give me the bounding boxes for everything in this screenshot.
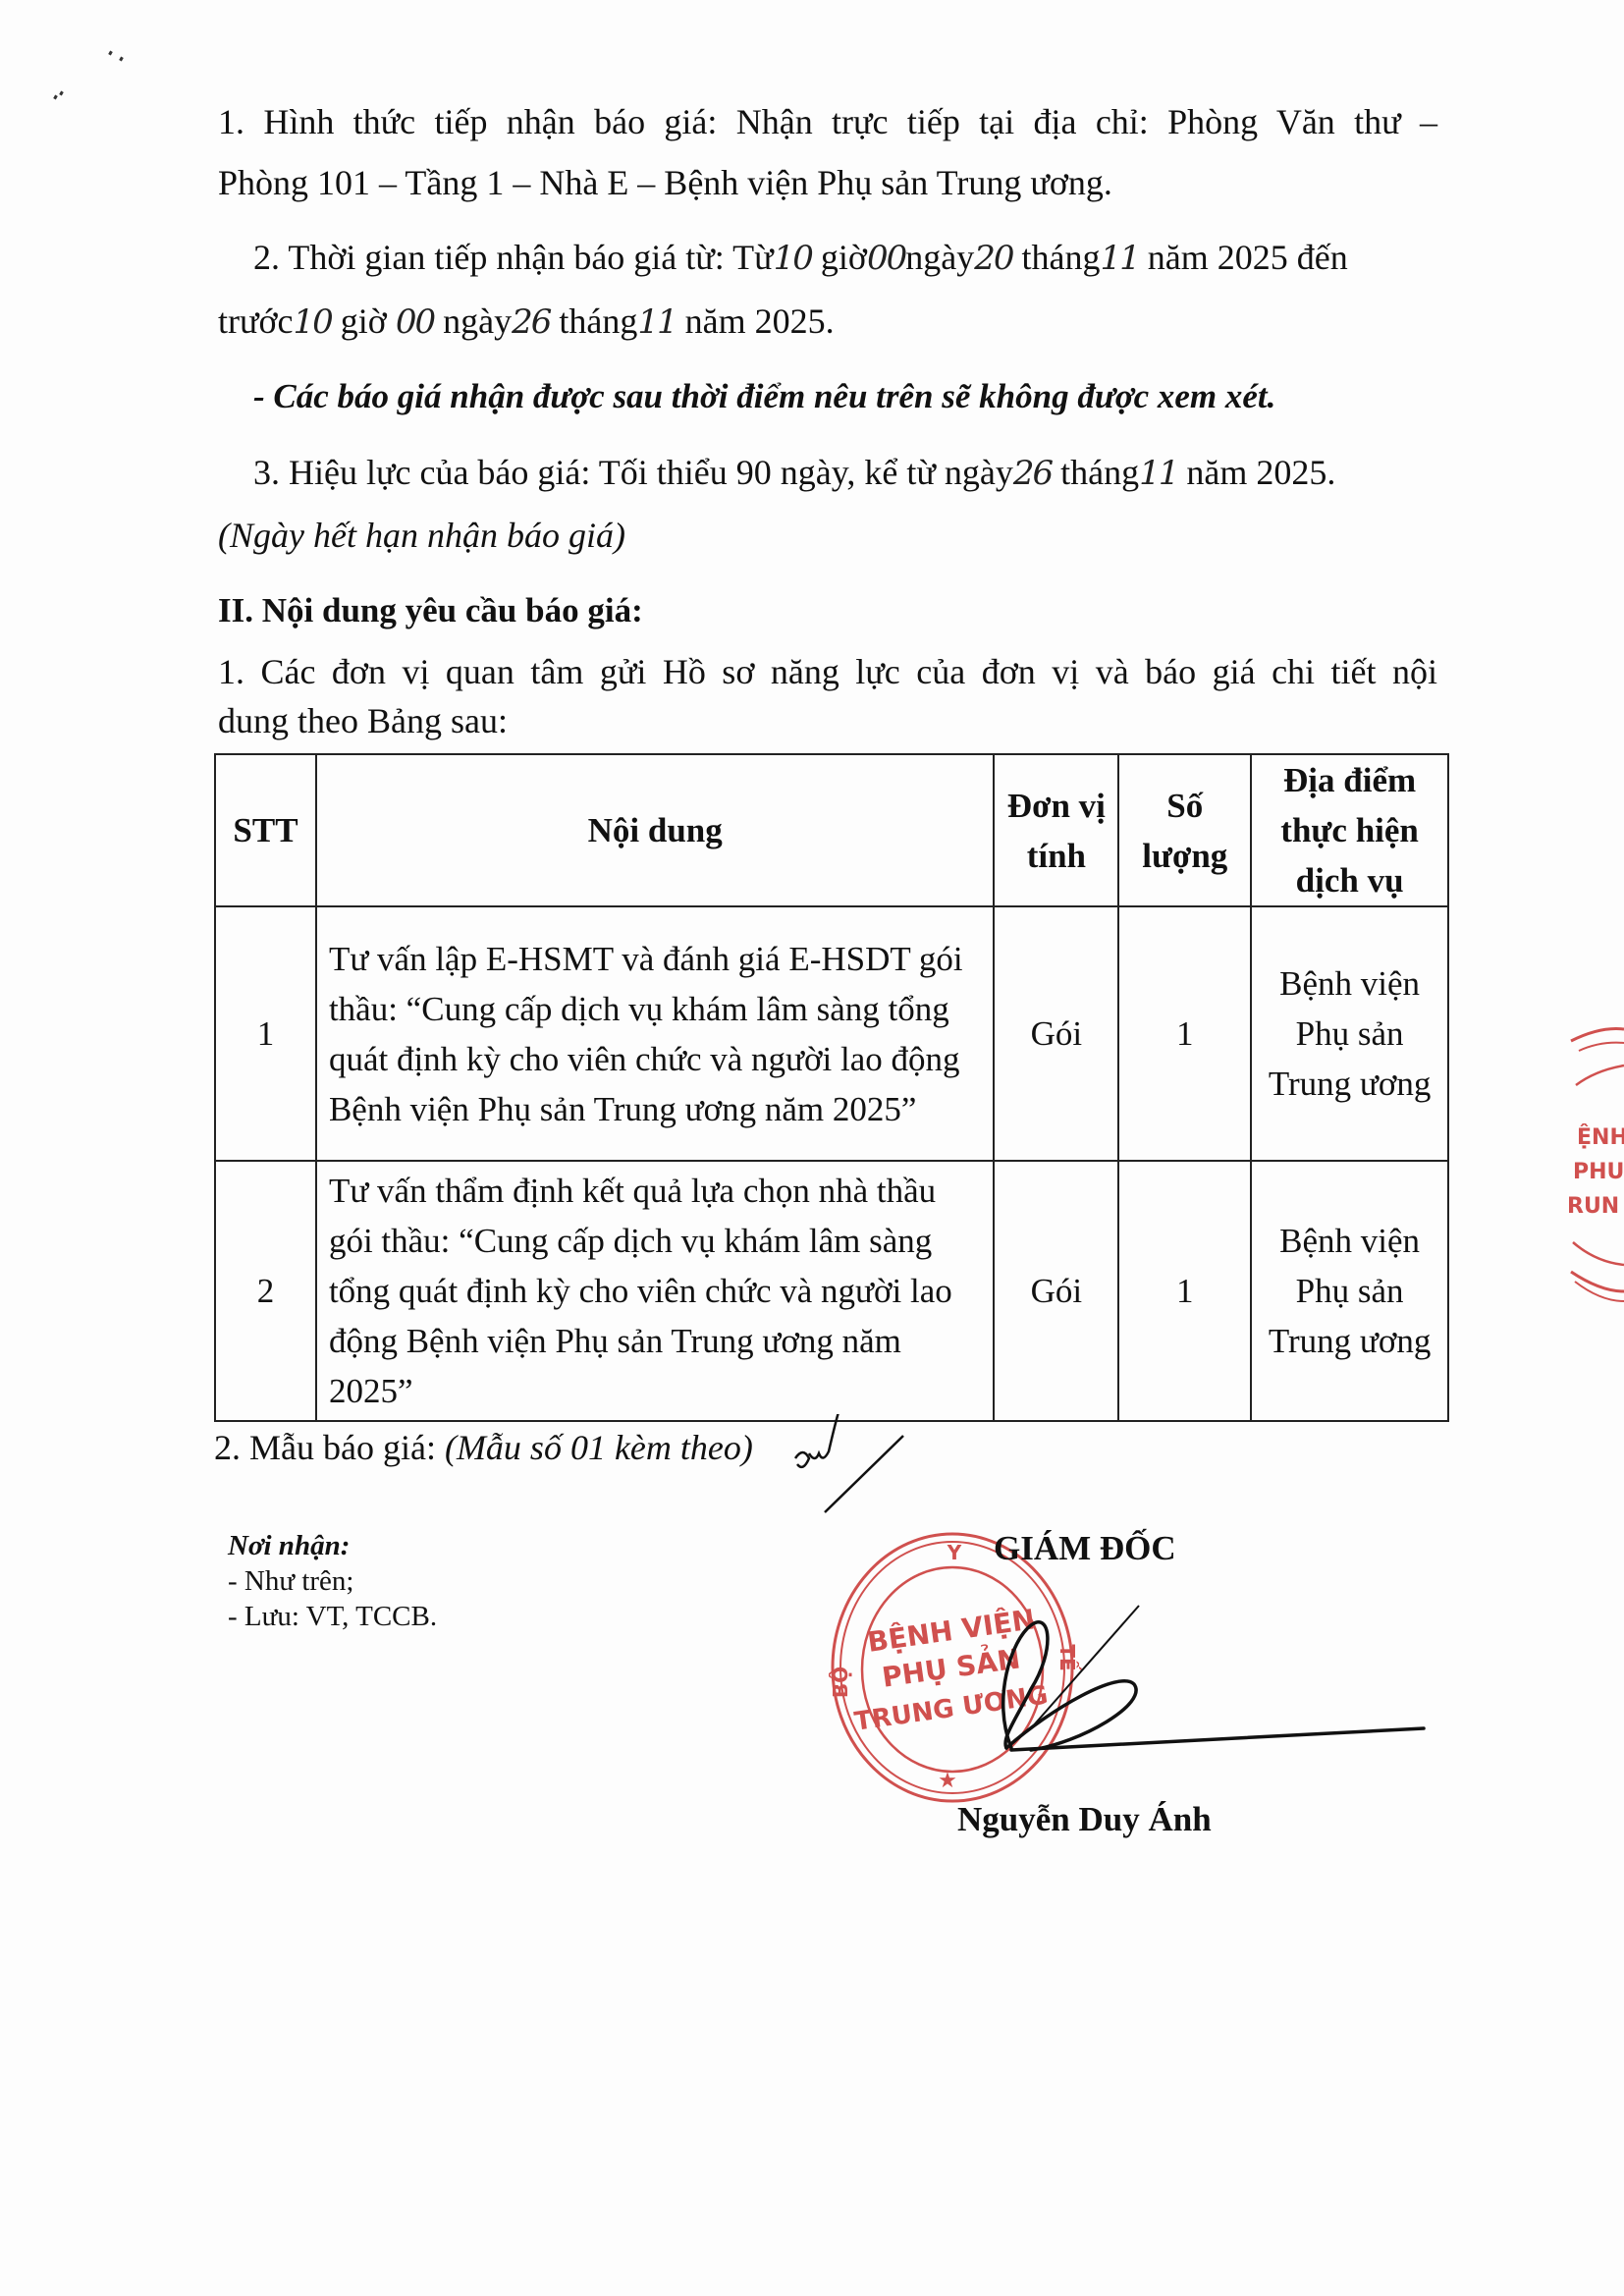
header-stt: STT xyxy=(215,754,316,906)
scan-speck xyxy=(108,51,113,56)
signatory-title: GIÁM ĐỐC xyxy=(994,1529,1176,1568)
scan-speck xyxy=(59,91,64,96)
section-heading: II. Nội dung yêu cầu báo giá: xyxy=(218,589,643,632)
label: giờ xyxy=(341,301,387,341)
stamp-top-text: Y xyxy=(947,1541,962,1564)
stamp-left-text: BỘ xyxy=(829,1667,852,1698)
label: tháng xyxy=(1021,238,1100,277)
form-template-label: 2. Mẫu báo giá: xyxy=(214,1428,436,1467)
cell-stt: 2 xyxy=(215,1161,316,1421)
validity-note: (Ngày hết hạn nhận báo giá) xyxy=(218,514,625,557)
cell-quantity: 1 xyxy=(1118,906,1251,1161)
cell-content: Tư vấn thẩm định kết quả lựa chọn nhà th… xyxy=(316,1161,994,1421)
recipients-title: Nơi nhận: xyxy=(228,1528,437,1563)
handwritten-validity-day: 26 xyxy=(1013,454,1052,493)
side-stamp-line2: PHU xyxy=(1573,1160,1624,1184)
form-template-note: (Mẫu số 01 kèm theo) xyxy=(445,1428,753,1467)
cell-unit: Gói xyxy=(994,1161,1118,1421)
cell-location: Bệnh viện Phụ sản Trung ương xyxy=(1251,906,1448,1161)
receipt-time-line1: 2. Thời gian tiếp nhận báo giá từ: Từ10 … xyxy=(253,236,1348,280)
validity-prefix: 3. Hiệu lực của báo giá: Tối thiểu 90 ng… xyxy=(253,453,1013,492)
section-intro-line2: dung theo Bảng sau: xyxy=(218,699,508,742)
cell-unit: Gói xyxy=(994,906,1118,1161)
handwritten-from-month: 11 xyxy=(1100,239,1138,278)
form-template-line: 2. Mẫu báo giá: (Mẫu số 01 kèm theo) xyxy=(214,1426,753,1469)
label: năm 2025. xyxy=(1186,453,1335,492)
cell-location: Bệnh viện Phụ sản Trung ương xyxy=(1251,1161,1448,1421)
receipt-time-prefix: 2. Thời gian tiếp nhận báo giá từ: Từ xyxy=(253,238,774,277)
handwritten-to-month: 11 xyxy=(637,302,676,342)
table-header-row: STT Nội dung Đơn vị tính Số lượng Địa đi… xyxy=(215,754,1448,906)
label: tháng xyxy=(1060,453,1139,492)
recipient-item: - Như trên; xyxy=(228,1563,437,1599)
handwritten-from-minute: 00 xyxy=(867,239,905,278)
handwritten-from-day: 20 xyxy=(974,239,1012,278)
handwritten-to-minute: 00 xyxy=(396,302,434,342)
header-location: Địa điểm thực hiện dịch vụ xyxy=(1251,754,1448,906)
validity-line: 3. Hiệu lực của báo giá: Tối thiểu 90 ng… xyxy=(253,451,1335,495)
quote-request-table: STT Nội dung Đơn vị tính Số lượng Địa đi… xyxy=(214,753,1449,1422)
cell-stt: 1 xyxy=(215,906,316,1161)
table-row: 1 Tư vấn lập E-HSMT và đánh giá E-HSDT g… xyxy=(215,906,1448,1161)
label: trước xyxy=(218,301,294,341)
scan-speck xyxy=(53,95,58,100)
label: ngày xyxy=(443,301,512,341)
partial-stamp-icon: ỆNH PHU RUN xyxy=(1561,1021,1624,1316)
label: ngày xyxy=(905,238,974,277)
signature-icon xyxy=(972,1581,1443,1768)
section-intro-line1: 1. Các đơn vị quan tâm gửi Hồ sơ năng lự… xyxy=(218,650,1437,693)
handwritten-to-day: 26 xyxy=(512,302,550,342)
late-submission-note: - Các báo giá nhận được sau thời điểm nê… xyxy=(253,375,1275,418)
header-unit: Đơn vị tính xyxy=(994,754,1118,906)
recipients-block: Nơi nhận: - Như trên; - Lưu: VT, TCCB. xyxy=(228,1528,437,1634)
header-quantity: Số lượng xyxy=(1118,754,1251,906)
label: giờ xyxy=(821,238,867,277)
scan-speck xyxy=(119,57,124,62)
signatory-name: Nguyễn Duy Ánh xyxy=(957,1800,1212,1839)
side-stamp-line1: ỆNH xyxy=(1577,1123,1624,1150)
initials-scribble-icon xyxy=(776,1414,913,1522)
cell-quantity: 1 xyxy=(1118,1161,1251,1421)
recipient-item: - Lưu: VT, TCCB. xyxy=(228,1599,437,1634)
receipt-method-line2: Phòng 101 – Tầng 1 – Nhà E – Bệnh viện P… xyxy=(218,161,1112,204)
label: năm 2025 đến xyxy=(1148,238,1348,277)
receipt-method-line1: 1. Hình thức tiếp nhận báo giá: Nhận trự… xyxy=(218,100,1437,143)
label: năm 2025. xyxy=(685,301,835,341)
cell-content: Tư vấn lập E-HSMT và đánh giá E-HSDT gói… xyxy=(316,906,994,1161)
handwritten-from-hour: 10 xyxy=(774,239,812,278)
handwritten-to-hour: 10 xyxy=(294,302,332,342)
table-row: 2 Tư vấn thẩm định kết quả lựa chọn nhà … xyxy=(215,1161,1448,1421)
handwritten-validity-month: 11 xyxy=(1139,454,1177,493)
label: tháng xyxy=(559,301,637,341)
header-content: Nội dung xyxy=(316,754,994,906)
side-stamp-line3: RUN xyxy=(1567,1194,1619,1219)
svg-text:★: ★ xyxy=(938,1769,957,1793)
receipt-time-line2: trước10 giờ 00 ngày26 tháng11 năm 2025. xyxy=(218,300,835,344)
